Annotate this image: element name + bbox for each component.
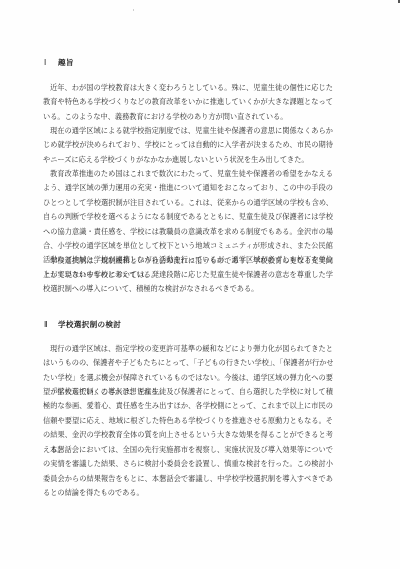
- text-line: 「学校選択制」の導入は、児童生徒及び保護者にとって、自ら選択した学校に対して積: [43, 385, 333, 399]
- text-line: 自らの判断で学校を選べるようになる制度であるとともに、児童生徒及び保護者には学校: [43, 210, 333, 224]
- document-page: Ⅰ趣旨 近年、わが国の学校教育は大きく変わろうとしている。殊に、児童生徒の個性に…: [0, 0, 400, 569]
- text-line: 極的な参画、愛着心、責任感を生み出すほか、各学校側にとって、これまで以上に市民の: [43, 399, 333, 413]
- text-line: 教育や特色ある学校づくりなどの教育改革をいかに推進していくかが大きな課題となって: [43, 95, 333, 109]
- text-line: 近年、わが国の学校教育は大きく変わろうとしている。殊に、児童生徒の個性に応じた: [43, 81, 333, 95]
- scan-speck: [133, 9, 134, 11]
- text-line: はいうものの、保護者や子どもたちにとって、「子どもの行きたい学校」、「保護者が行…: [43, 356, 333, 370]
- text-line: への協力意識・責任感を、学校には教職員の意識改革を求める制度でもある。金沢市の場: [43, 225, 333, 239]
- text-line: の実情を審議した結果、さらに検討小委員会を設置し、慎重な検討を行った。この検討小: [43, 457, 333, 471]
- text-line: 教育改革推進のため国はこれまで数次にわたって、児童生徒や保護者の希望をかなえる: [43, 167, 333, 181]
- section-1-heading: Ⅰ趣旨: [44, 57, 74, 68]
- text-line: じめ就学校が決められており、学校にとっては自動的に入学者が決まるため、市民の期待: [43, 138, 333, 152]
- section-2-paragraph-3: 本懇話会においては、全国の先行実施都市を視察し、実施状況及び導入効果等についで …: [43, 443, 333, 501]
- text-line: の結果、金沢の学校教育全体の質を向上させるという大きな効果を得ることができると考: [43, 428, 333, 442]
- text-line: 校選択制への導入について、積極的な検討がなされるべきである。: [43, 282, 333, 296]
- text-line: 上が実現されるものと考えている。: [43, 268, 333, 282]
- text-line: いる。このような中、義務教育における学校のあり方が問い直されている。: [43, 110, 333, 124]
- text-line: やニーズに応える学校づくりがなかなか進展しないという状況を生み出してきた。: [43, 153, 333, 167]
- text-line: たい学校」を選ぶ機会が保障されているものではない。今後は、通学区域の弾力化への要: [43, 371, 333, 385]
- text-line: 本懇話会においては、全国の先行実施都市を視察し、実施状況及び導入効果等についで: [43, 443, 333, 457]
- text-line: よう、通学区域の弾力運用の充実・推進について通知をおこなっており、この中の手段の: [43, 181, 333, 195]
- section-1-paragraph-1: 近年、わが国の学校教育は大きく変わろうとしている。殊に、児童生徒の個性に応じた …: [43, 81, 333, 124]
- text-line: 合、小学校の通学区域を単位として校下という地域コミュニティが形成され、また公民館: [43, 239, 333, 253]
- text-line: 学校選択制は、規制緩和という社会の流れに沿うものであり、学校教育の更なる充実向: [43, 254, 333, 268]
- section-2-heading: Ⅱ学校選択制の検討: [44, 319, 121, 330]
- section-1-number: Ⅰ: [44, 58, 58, 67]
- section-2-number: Ⅱ: [44, 320, 58, 329]
- text-line: 現行の通学区域は、指定学校の変更許可基準の緩和などにより弾力化が図られてきたと: [43, 342, 333, 356]
- text-line: 信頼や要望に応え、地域に根ざした特色ある学校づくりを推進させる原動力ともなる。そ: [43, 414, 333, 428]
- text-line: 委員会からの結果報告をもとに、本懇話会で審議し、中学校学校選択制を導入すべきであ: [43, 472, 333, 486]
- section-1-title: 趣旨: [58, 58, 74, 67]
- section-2-title: 学校選択制の検討: [58, 320, 121, 329]
- text-line: 現在の通学区域による就学校指定制度では、児童生徒や保護者の意思に関係なくあらか: [43, 124, 333, 138]
- section-1-paragraph-4: 学校選択制は、規制緩和という社会の流れに沿うものであり、学校教育の更なる充実向 …: [43, 254, 333, 283]
- text-line: ひとつとして学校選択制が注目されている。これは、従来からの通学区域の学校も含め、: [43, 196, 333, 210]
- text-line: るとの結論を得たものである。: [43, 486, 333, 500]
- section-1-paragraph-2: 現在の通学区域による就学校指定制度では、児童生徒や保護者の意思に関係なくあらか …: [43, 124, 333, 167]
